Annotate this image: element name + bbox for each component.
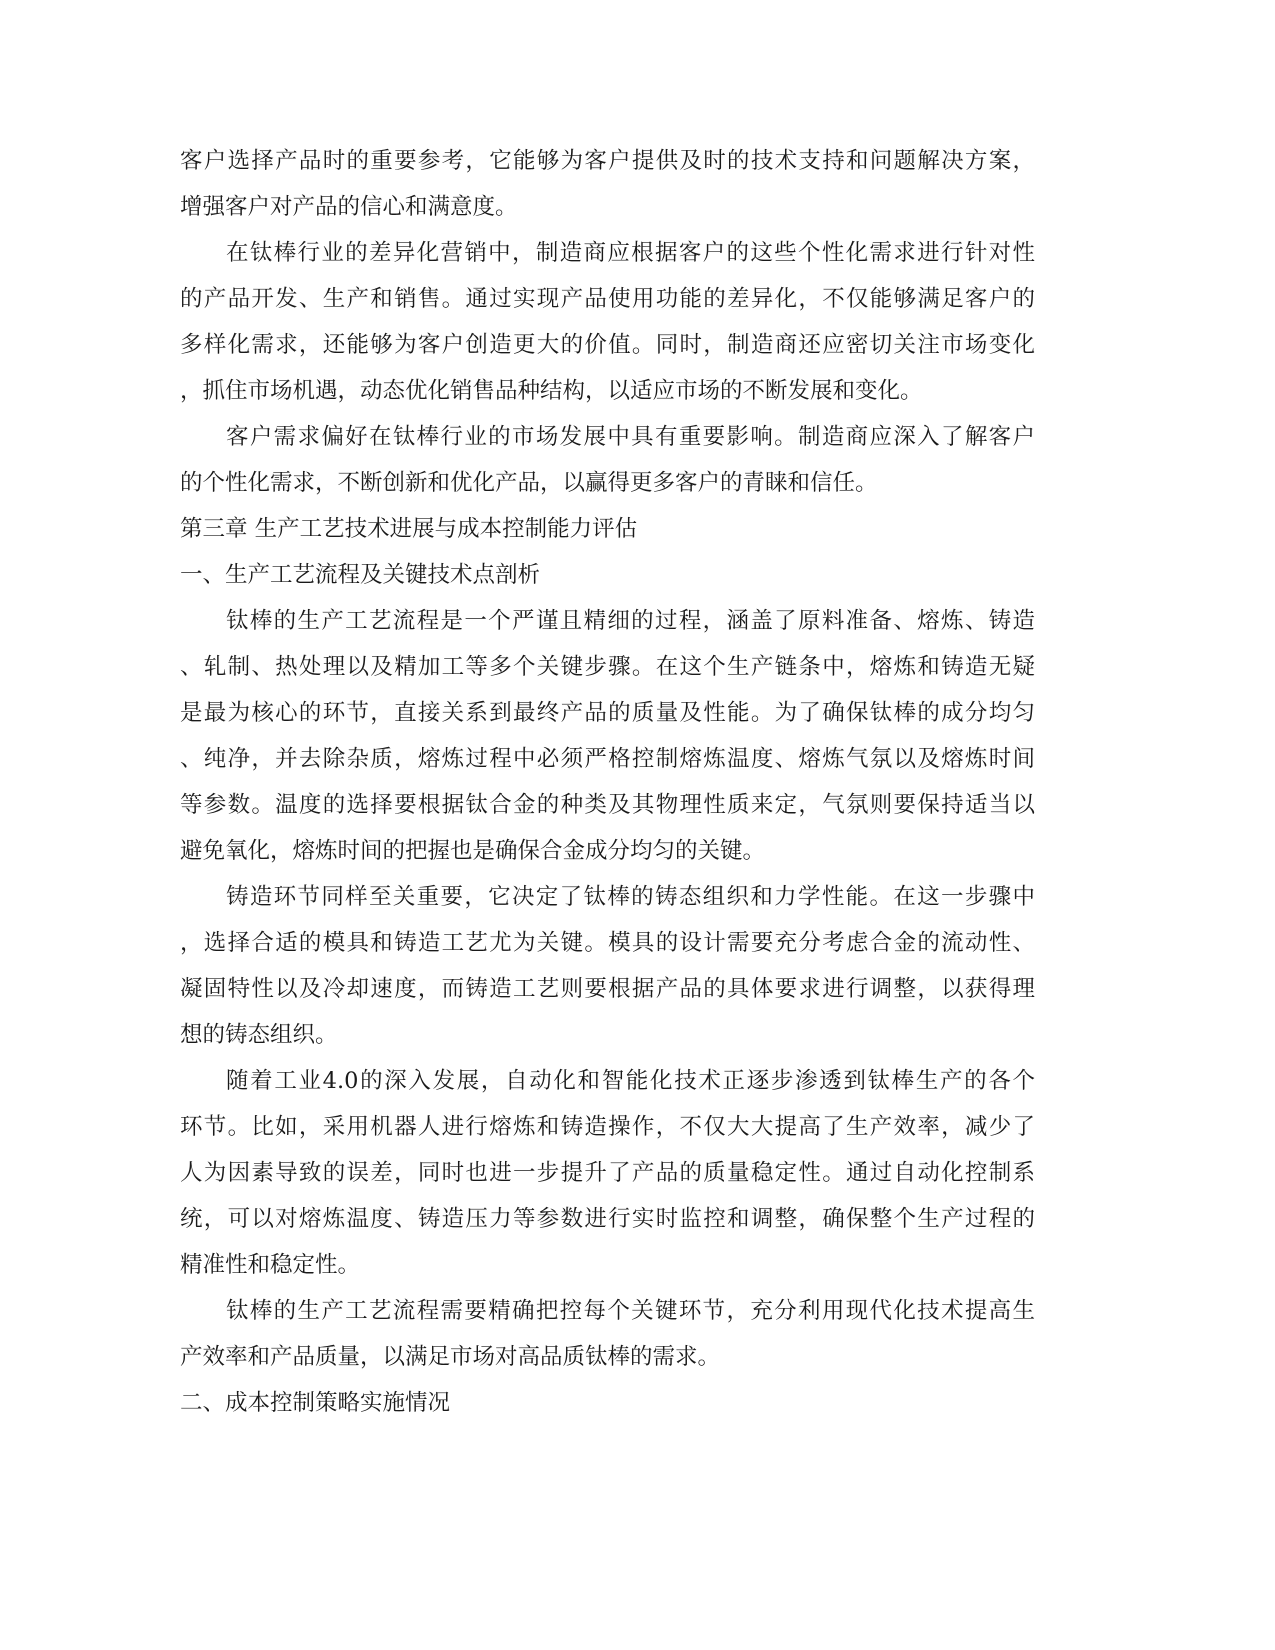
- paragraph-first-line: 钛棒的生产工艺流程是一个严谨且精细的过程，涵盖了原料准备、熔炼、铸造: [226, 604, 1035, 638]
- body-text-line: 是最为核心的环节，直接关系到最终产品的质量及性能。为了确保钛棒的成分均匀: [180, 696, 1035, 730]
- paragraph-first-line: 钛棒的生产工艺流程需要精确把控每个关键环节，充分利用现代化技术提高生: [226, 1294, 1035, 1328]
- body-text-line: 客户选择产品时的重要参考，它能够为客户提供及时的技术支持和问题解决方案，: [180, 144, 1035, 178]
- body-text-line: 想的铸态组织。: [180, 1018, 338, 1052]
- body-text-line: 统，可以对熔炼温度、铸造压力等参数进行实时监控和调整，确保整个生产过程的: [180, 1202, 1035, 1236]
- body-text-line: 人为因素导致的误差，同时也进一步提升了产品的质量稳定性。通过自动化控制系: [180, 1156, 1035, 1190]
- body-text-line: 的产品开发、生产和销售。通过实现产品使用功能的差异化，不仅能够满足客户的: [180, 282, 1035, 316]
- body-text-line: 增强客户对产品的信心和满意度。: [180, 190, 518, 224]
- document-page: 客户选择产品时的重要参考，它能够为客户提供及时的技术支持和问题解决方案， 增强客…: [0, 0, 1275, 1650]
- body-text-line: 的个性化需求，不断创新和优化产品，以赢得更多客户的青睐和信任。: [180, 466, 878, 500]
- body-text-line: 避免氧化，熔炼时间的把握也是确保合金成分均匀的关键。: [180, 834, 765, 868]
- chapter-heading: 第三章 生产工艺技术进展与成本控制能力评估: [180, 512, 637, 546]
- paragraph-first-line: 铸造环节同样至关重要，它决定了钛棒的铸态组织和力学性能。在这一步骤中: [226, 880, 1035, 914]
- body-text-line: 凝固特性以及冷却速度，而铸造工艺则要根据产品的具体要求进行调整，以获得理: [180, 972, 1035, 1006]
- section-heading: 一、生产工艺流程及关键技术点剖析: [180, 558, 540, 592]
- paragraph-first-line: 在钛棒行业的差异化营销中，制造商应根据客户的这些个性化需求进行针对性: [226, 236, 1035, 270]
- paragraph-first-line: 客户需求偏好在钛棒行业的市场发展中具有重要影响。制造商应深入了解客户: [226, 420, 1035, 454]
- body-text-line: 精准性和稳定性。: [180, 1248, 360, 1282]
- body-text-line: 等参数。温度的选择要根据钛合金的种类及其物理性质来定，气氛则要保持适当以: [180, 788, 1035, 822]
- body-text-line: 产效率和产品质量，以满足市场对高品质钛棒的需求。: [180, 1340, 720, 1374]
- body-text-line: ，抓住市场机遇，动态优化销售品种结构，以适应市场的不断发展和变化。: [180, 374, 923, 408]
- body-text-line: 环节。比如，采用机器人进行熔炼和铸造操作，不仅大大提高了生产效率，减少了: [180, 1110, 1035, 1144]
- paragraph-first-line: 随着工业4.0的深入发展，自动化和智能化技术正逐步渗透到钛棒生产的各个: [226, 1064, 1035, 1098]
- body-text-line: 、轧制、热处理以及精加工等多个关键步骤。在这个生产链条中，熔炼和铸造无疑: [180, 650, 1035, 684]
- body-text-line: 多样化需求，还能够为客户创造更大的价值。同时，制造商还应密切关注市场变化: [180, 328, 1035, 362]
- body-text-line: 、纯净，并去除杂质，熔炼过程中必须严格控制熔炼温度、熔炼气氛以及熔炼时间: [180, 742, 1035, 776]
- body-text-line: ，选择合适的模具和铸造工艺尤为关键。模具的设计需要充分考虑合金的流动性、: [180, 926, 1035, 960]
- section-heading: 二、成本控制策略实施情况: [180, 1386, 450, 1420]
